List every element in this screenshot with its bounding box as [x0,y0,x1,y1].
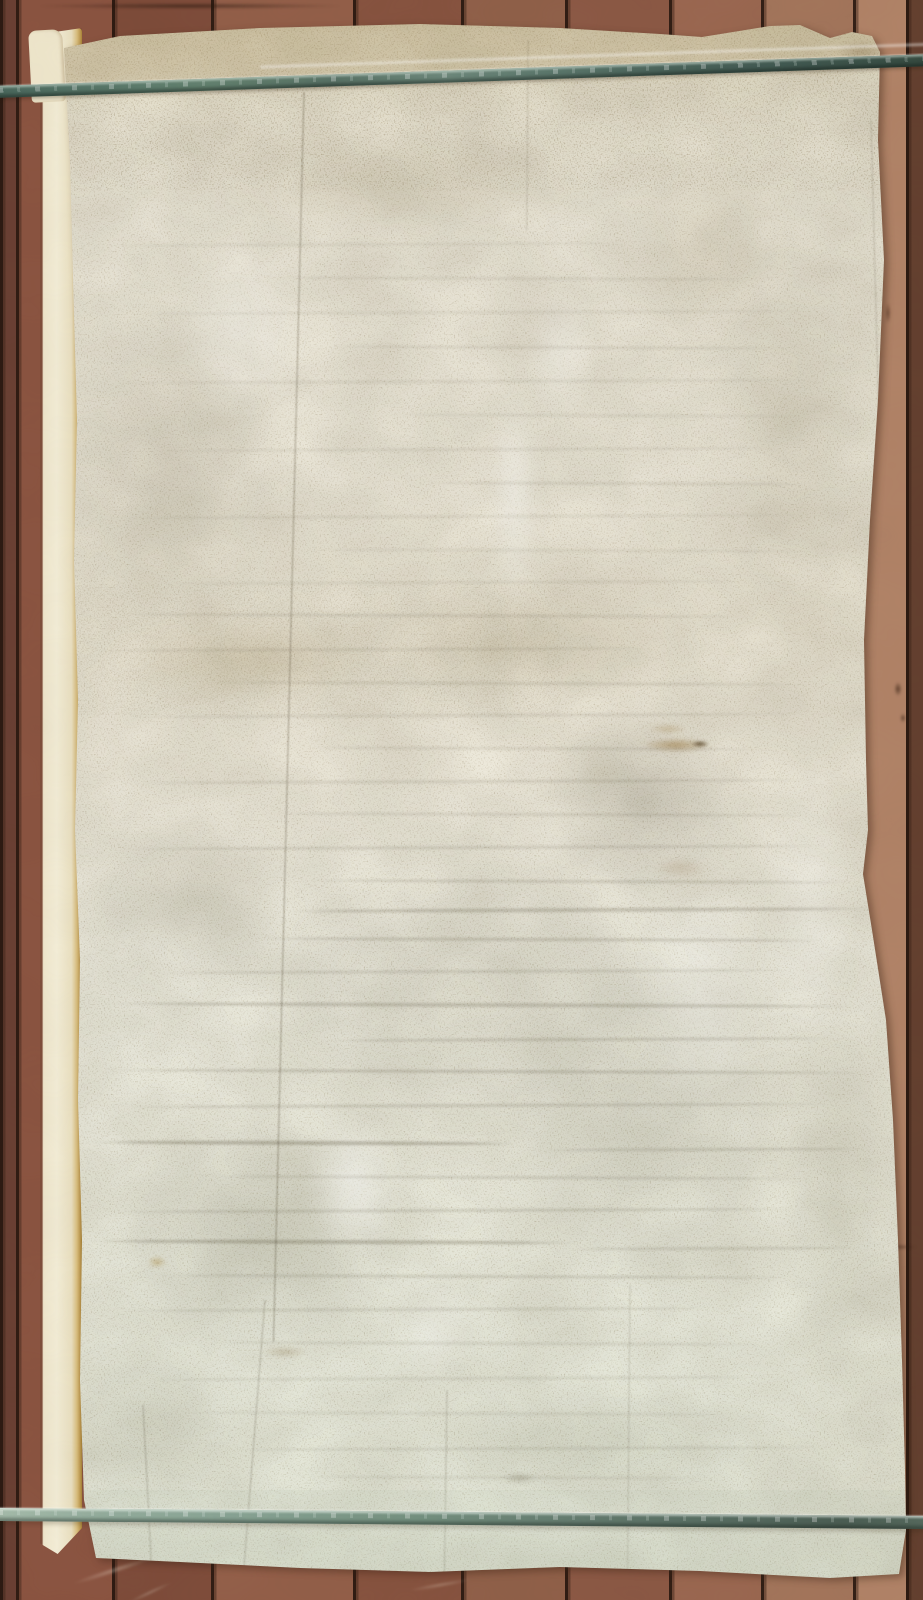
photo-vellum-on-floor [0,0,923,1600]
photo-vignette [0,0,923,1600]
